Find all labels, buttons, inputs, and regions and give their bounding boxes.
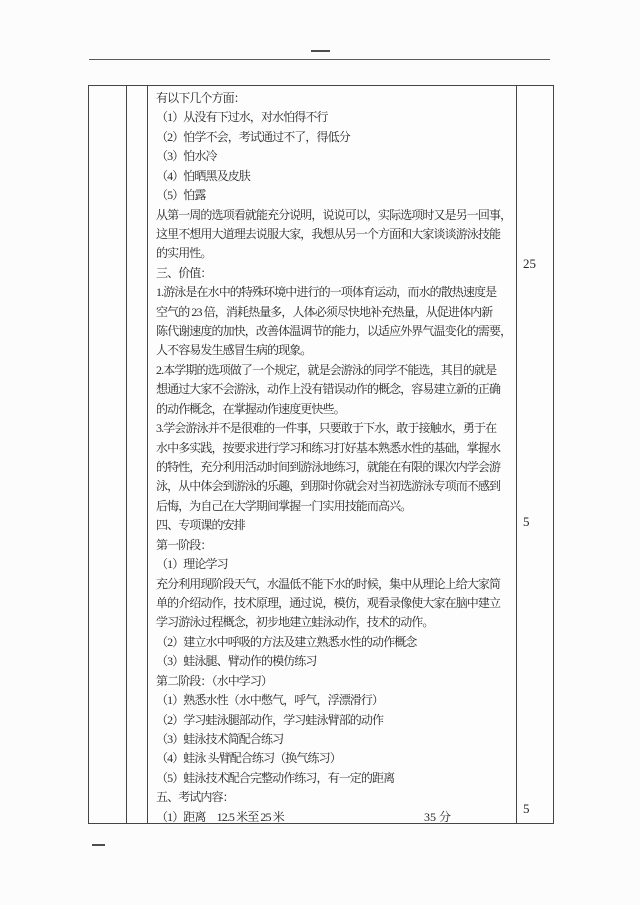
text-line: 泳，从中体会到游泳的乐趣，到那时你就会对当初选游泳专项而不感到: [147, 477, 516, 496]
text-line: 这里不想用大道理去说服大家，我想从另一个方面和大家谈谈游泳技能: [147, 225, 516, 244]
text-line: 学习游泳过程概念，初步地建立蛙泳动作，技术的动作。: [147, 613, 516, 632]
exam-distance-text: （1）距离 12.5 米至 25 米: [156, 810, 284, 824]
text-line: 单的介绍动作，技术原理，通过说，模仿，观看录像使大家在脑中建立: [147, 594, 516, 613]
text-line: 从第一周的选项看就能充分说明，说说可以，实际选项时又是另一回事，: [147, 206, 516, 225]
text-line: （1）理论学习: [147, 555, 516, 574]
text-line: （5）怕露: [147, 186, 516, 205]
text-line: 三、价值：: [147, 264, 516, 283]
text-line: （2）建立水中呼吸的方法及建立熟悉水性的动作概念: [147, 633, 516, 652]
scanned-document-page: 有以下几个方面：（1）从没有下过水，对水怕得不行（2）怕学不会，考试通过不了，得…: [0, 0, 640, 905]
text-line: （4）怕晒黑及皮肤: [147, 167, 516, 186]
text-line: 第一阶段：: [147, 536, 516, 555]
score-value-5a: 5: [523, 515, 551, 529]
header-rule: [89, 59, 550, 60]
text-line: 3.学会游泳并不是很难的一件事，只要敢于下水，敢于接触水，勇于在: [147, 419, 516, 438]
text-line: 水中多实践，按要求进行学习和练习打好基本熟悉水性的基础，掌握水: [147, 439, 516, 458]
text-line: 的特性，充分利用活动时间到游泳地练习，就能在有限的课次内学会游: [147, 458, 516, 477]
text-line: 后悔，为自己在大学期间掌握一门实用技能而高兴。: [147, 497, 516, 516]
text-line: （1）从没有下过水，对水怕得不行: [147, 108, 516, 127]
text-line: 想通过大家不会游泳，动作上没有错误动作的概念，容易建立新的正确: [147, 380, 516, 399]
text-line: （2）学习蛙泳腿部动作，学习蛙泳臂部的动作: [147, 711, 516, 730]
text-line: 五、考试内容：: [147, 788, 516, 807]
column-divider-3: [516, 86, 517, 823]
text-line: 的实用性。: [147, 244, 516, 263]
text-line: 空气的 23 倍，消耗热量多，人体必须尽快地补充热量，从促进体内新: [147, 303, 516, 322]
text-line: （2）怕学不会，考试通过不了，得低分: [147, 128, 516, 147]
text-line: 充分利用现阶段天气，水温低不能下水的时候，集中从理论上给大家简: [147, 575, 516, 594]
text-line: 第二阶段：（水中学习）: [147, 672, 516, 691]
column-divider-1: [126, 86, 127, 823]
score-value-5b: 5: [523, 802, 551, 816]
text-line: （4）蛙泳 头臂配合练习（换气练习）: [147, 749, 516, 768]
text-line: 的动作概念，在掌握动作速度更快些。: [147, 400, 516, 419]
text-line: 陈代谢速度的加快，改善体温调节的能力，以适应外界气温变化的需要，: [147, 322, 516, 341]
score-value-25: 25: [523, 257, 551, 271]
text-line: 人不容易发生感冒生病的现象。: [147, 341, 516, 360]
text-line: （3）怕水冷: [147, 147, 516, 166]
text-line: 四、专项课的安排: [147, 516, 516, 535]
text-line: 2.本学期的选项做了一个规定，就是会游泳的同学不能选，其目的就是: [147, 361, 516, 380]
text-line: 1.游泳是在水中的特殊环境中进行的一项体育运动，而水的散热速度是: [147, 283, 516, 302]
text-line: （3）蛙泳技术简配合练习: [147, 730, 516, 749]
text-line: （1）熟悉水性（水中憋气，呼气，浮漂滑行）: [147, 691, 516, 710]
lesson-content-cell: 有以下几个方面：（1）从没有下过水，对水怕得不行（2）怕学不会，考试通过不了，得…: [147, 89, 516, 819]
exam-score-value: 35 分: [424, 808, 451, 827]
page-number-dash: [311, 50, 330, 52]
lesson-plan-table: 有以下几个方面：（1）从没有下过水，对水怕得不行（2）怕学不会，考试通过不了，得…: [88, 85, 554, 824]
text-line: （3）蛙泳腿、臂动作的模仿练习: [147, 652, 516, 671]
footer-dash: [92, 844, 105, 846]
text-line: 有以下几个方面：: [147, 89, 516, 108]
text-line: （5）蛙泳技术配合完整动作练习，有一定的距离: [147, 769, 516, 788]
exam-distance-line: （1）距离 12.5 米至 25 米 35 分: [147, 808, 525, 827]
